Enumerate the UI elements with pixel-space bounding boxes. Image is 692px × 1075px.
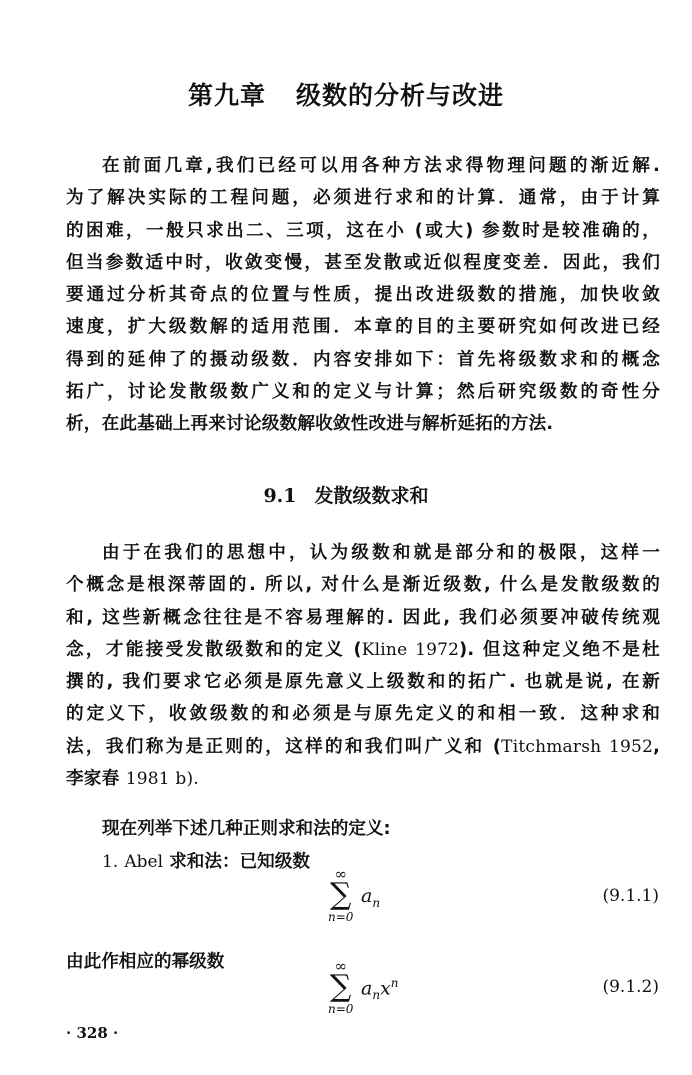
section-name: 发散级数求和 bbox=[315, 485, 429, 507]
text-segment: 念，才能接受发散级数和的定义 ( bbox=[66, 640, 362, 660]
text-segment: ). bbox=[186, 769, 198, 789]
summation-symbol-1: ∞ ∑ n=0 bbox=[328, 868, 353, 924]
lower-limit: n=0 bbox=[328, 910, 353, 924]
text-line: 念，才能接受发散级数和的定义 (Kline 1972). 但这种定义绝不是杜 bbox=[66, 634, 660, 666]
equation-term-1: an bbox=[361, 885, 380, 910]
list-item-abel: 1. Abel 求和法：已知级数 bbox=[102, 848, 310, 873]
sigma-icon: ∑ bbox=[330, 972, 351, 1002]
text-line: 的困难，一般只求出二、三项，这在小 (或大) 参数时是较准确的， bbox=[66, 215, 660, 247]
text-line: 速度，扩大级数解的适用范围．本章的目的主要研究如何改进已经 bbox=[66, 311, 660, 343]
intro-paragraph: 在前面几章,我们已经可以用各种方法求得物理问题的渐近解. 为了解决实际的工程问题… bbox=[66, 150, 660, 441]
term-subscript: n bbox=[372, 988, 380, 1002]
term-variable: x bbox=[380, 977, 391, 999]
lower-limit: n=0 bbox=[328, 1002, 353, 1016]
between-equations-text: 由此作相应的幂级数 bbox=[66, 948, 224, 973]
text-line: 撰的, 我们要求它必须是原先意义上级数和的拓广. 也就是说, 在新 bbox=[66, 666, 660, 698]
term-exponent: n bbox=[391, 976, 399, 990]
item-number: 1. bbox=[102, 852, 118, 872]
page-number: · 328 · bbox=[66, 1024, 118, 1042]
text-segment: , bbox=[653, 737, 660, 757]
section-number: 9.1 bbox=[263, 485, 296, 507]
text-line: 得到的延伸了的摄动级数．内容安排如下：首先将级数求和的概念 bbox=[66, 344, 660, 376]
chapter-title: 第九章级数的分析与改进 bbox=[0, 76, 692, 112]
citation-li: 1981 b bbox=[126, 769, 187, 789]
chapter-number: 第九章 bbox=[188, 81, 266, 110]
equation-term-2: anxn bbox=[361, 976, 399, 1002]
text-line: 个概念是根深蒂固的. 所以, 对什么是渐近级数, 什么是发散级数的 bbox=[66, 569, 660, 601]
text-line: 法，我们称为是正则的，这样的和我们叫广义和 (Titchmarsh 1952, bbox=[66, 731, 660, 763]
citation-kline: Kline 1972 bbox=[362, 640, 459, 660]
text-line: 李家春 1981 b). bbox=[66, 763, 660, 795]
item-name: Abel bbox=[124, 852, 163, 872]
term-subscript: n bbox=[372, 896, 380, 910]
text-line: 在前面几章,我们已经可以用各种方法求得物理问题的渐近解. bbox=[66, 150, 660, 182]
section-paragraph: 由于在我们的思想中，认为级数和就是部分和的极限，这样一 个概念是根深蒂固的. 所… bbox=[66, 537, 660, 795]
book-page: 第九章级数的分析与改进 在前面几章,我们已经可以用各种方法求得物理问题的渐近解.… bbox=[0, 0, 692, 1075]
chapter-name: 级数的分析与改进 bbox=[296, 81, 504, 110]
equation-number-1: (9.1.1) bbox=[602, 886, 659, 906]
text-line: 但当参数适中时，收敛变慢，甚至发散或近似程度变差．因此，我们 bbox=[66, 247, 660, 279]
list-intro: 现在列举下述几种正则求和法的定义: bbox=[102, 815, 391, 840]
text-line: 为了解决实际的工程问题，必须进行求和的计算．通常，由于计算 bbox=[66, 182, 660, 214]
text-segment: 李家春 bbox=[66, 769, 126, 789]
section-title: 9.1发散级数求和 bbox=[0, 481, 692, 508]
text-line: 和, 这些新概念往往是不容易理解的. 因此, 我们必须要冲破传统观 bbox=[66, 602, 660, 634]
text-segment: ). 但这种定义绝不是杜 bbox=[459, 640, 660, 660]
term-symbol: a bbox=[361, 885, 372, 907]
text-line: 的定义下，收敛级数的和必须是与原先定义的和相一致．这种求和 bbox=[66, 698, 660, 730]
item-text: 求和法：已知级数 bbox=[169, 852, 310, 872]
term-symbol: a bbox=[361, 977, 372, 999]
equation-number-2: (9.1.2) bbox=[602, 977, 659, 997]
text-segment: 法，我们称为是正则的，这样的和我们叫广义和 ( bbox=[66, 737, 501, 757]
text-line: 拓广，讨论发散级数广义和的定义与计算；然后研究级数的奇性分 bbox=[66, 376, 660, 408]
text-line: 析，在此基础上再来讨论级数解收敛性改进与解析延拓的方法. bbox=[66, 408, 660, 440]
sigma-icon: ∑ bbox=[330, 880, 351, 910]
citation-titchmarsh: Titchmarsh 1952 bbox=[501, 737, 653, 757]
text-line: 由于在我们的思想中，认为级数和就是部分和的极限，这样一 bbox=[66, 537, 660, 569]
summation-symbol-2: ∞ ∑ n=0 bbox=[328, 960, 353, 1016]
text-line: 要通过分析其奇点的位置与性质，提出改进级数的措施，加快收敛 bbox=[66, 279, 660, 311]
